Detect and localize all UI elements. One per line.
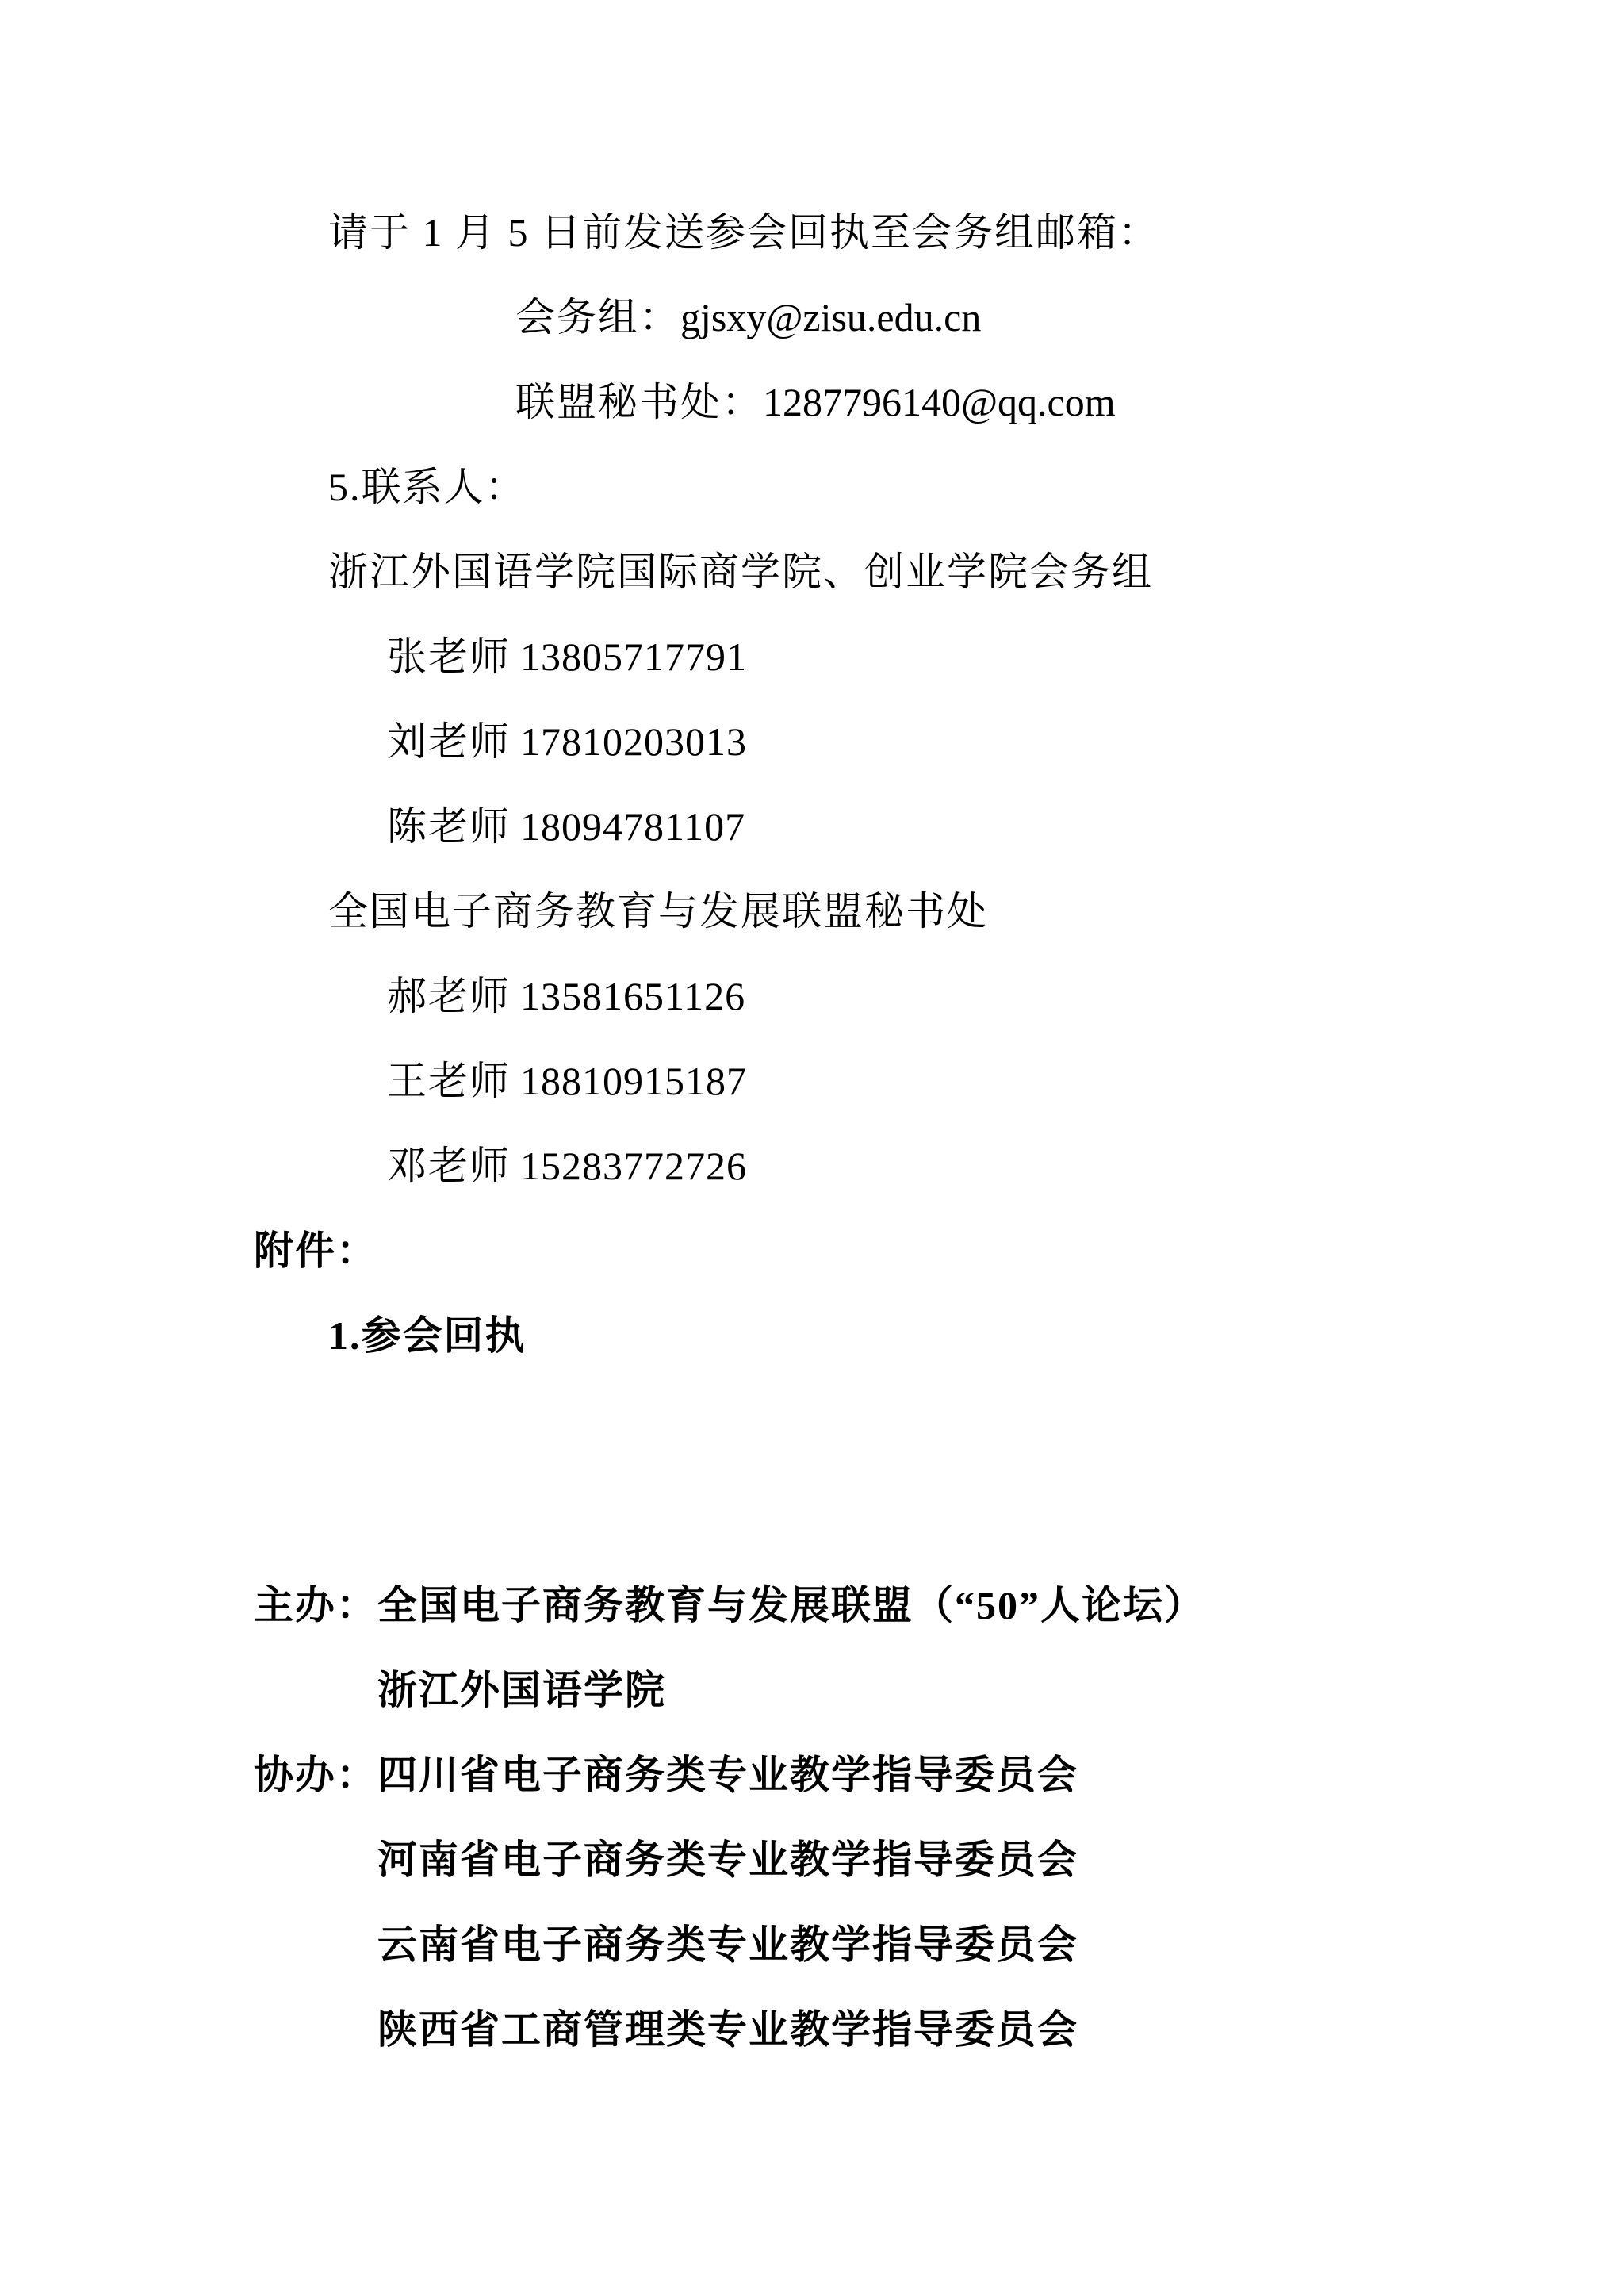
contact-phone: 13581651126 bbox=[520, 974, 745, 1018]
contact-org-zisu: 浙江外国语学院国际商学院、创业学院会务组 bbox=[328, 530, 1624, 615]
contact-person: 王老师18810915187 bbox=[387, 1039, 1624, 1124]
contact-phone: 18094781107 bbox=[520, 804, 745, 849]
contact-name: 邓老师 bbox=[387, 1144, 511, 1188]
contact-person: 张老师13805717791 bbox=[387, 615, 1624, 700]
contact-name: 陈老师 bbox=[387, 804, 511, 849]
email-address: gjsxy@zisu.edu.cn bbox=[680, 295, 981, 339]
email-label: 会务组： bbox=[515, 295, 680, 339]
contact-person: 郝老师13581651126 bbox=[387, 954, 1624, 1039]
contact-person: 陈老师18094781107 bbox=[387, 784, 1624, 869]
host-line-cont: 浙江外国语学院 bbox=[377, 1648, 1624, 1733]
contact-org-alliance: 全国电子商务教育与发展联盟秘书处 bbox=[328, 869, 1624, 954]
email-line-secretariat: 联盟秘书处：1287796140@qq.com bbox=[515, 360, 1624, 445]
host-name: 全国电子商务教育与发展联盟（“50”人论坛） bbox=[377, 1583, 1205, 1627]
contact-phone: 13805717791 bbox=[520, 634, 747, 679]
cohost-line-cont: 陕西省工商管理类专业教学指导委员会 bbox=[377, 1987, 1624, 2072]
host-line: 主办：全国电子商务教育与发展联盟（“50”人论坛） bbox=[254, 1563, 1624, 1648]
contact-name: 刘老师 bbox=[387, 719, 511, 764]
attachment-item: 1.参会回执 bbox=[328, 1294, 1624, 1378]
contact-phone: 18810915187 bbox=[520, 1059, 747, 1103]
deadline-line: 请于 1 月 5 日前发送参会回执至会务组邮箱： bbox=[328, 190, 1624, 275]
contact-person: 邓老师15283772726 bbox=[387, 1124, 1624, 1209]
host-label: 主办： bbox=[254, 1583, 377, 1627]
email-address: 1287796140@qq.com bbox=[763, 380, 1116, 424]
contacts-heading: 5.联系人： bbox=[328, 445, 1624, 530]
contact-phone: 15283772726 bbox=[520, 1144, 747, 1188]
email-label: 联盟秘书处： bbox=[515, 380, 763, 424]
cohost-label: 协办： bbox=[254, 1753, 377, 1797]
contact-name: 张老师 bbox=[387, 634, 511, 679]
contact-name: 郝老师 bbox=[387, 974, 511, 1018]
attachment-label: 附件： bbox=[254, 1209, 1624, 1294]
cohost-line: 协办：四川省电子商务类专业教学指导委员会 bbox=[254, 1733, 1624, 1818]
email-line-huiwuzu: 会务组：gjsxy@zisu.edu.cn bbox=[515, 275, 1624, 360]
contact-person: 刘老师17810203013 bbox=[387, 700, 1624, 784]
contact-name: 王老师 bbox=[387, 1059, 511, 1103]
contact-phone: 17810203013 bbox=[520, 719, 747, 764]
document-page: 请于 1 月 5 日前发送参会回执至会务组邮箱： 会务组：gjsxy@zisu.… bbox=[0, 0, 1624, 2296]
cohost-line-cont: 河南省电子商务类专业教学指导委员会 bbox=[377, 1818, 1624, 1903]
cohost-line-cont: 云南省电子商务类专业教学指导委员会 bbox=[377, 1903, 1624, 1987]
cohost-name: 四川省电子商务类专业教学指导委员会 bbox=[377, 1753, 1078, 1797]
